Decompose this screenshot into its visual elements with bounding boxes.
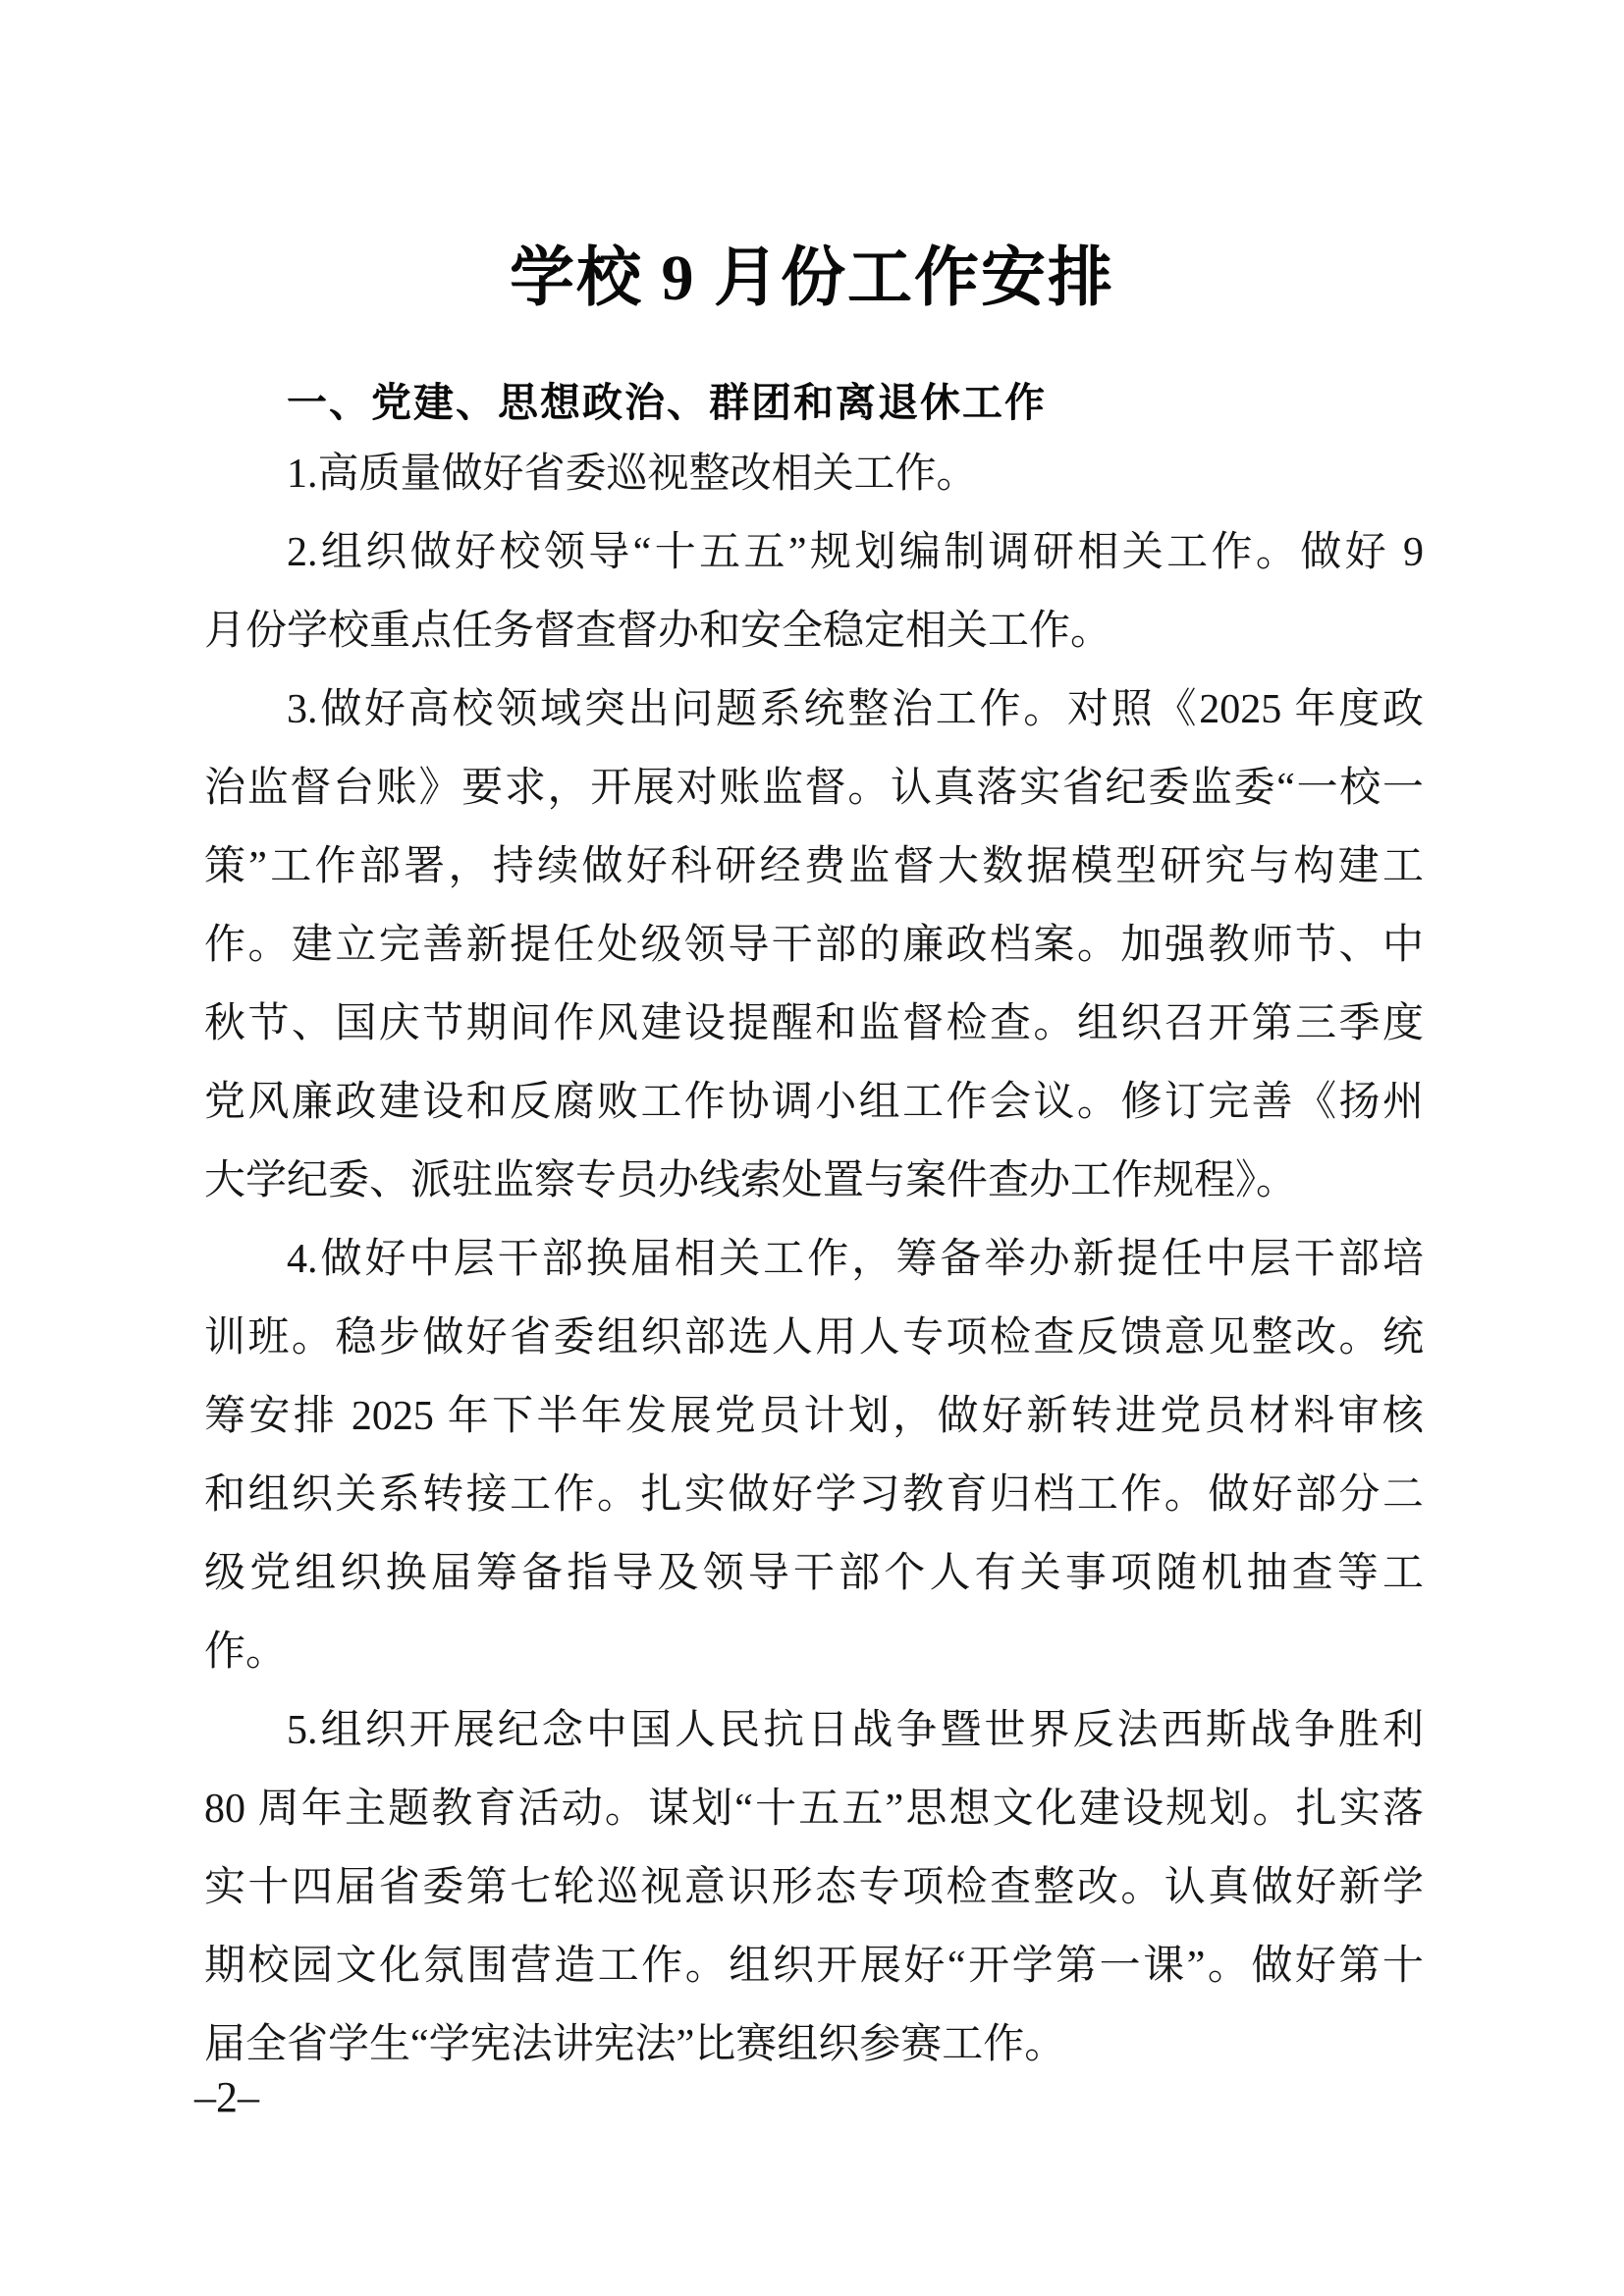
text-line: 级党组织换届筹备指导及领导干部个人有关事项随机抽查等工	[204, 1534, 1424, 1613]
text-line: 党风廉政建设和反腐败工作协调小组工作会议。修订完善《扬州	[204, 1063, 1424, 1142]
page-title: 学校 9 月份工作安排	[0, 241, 1624, 316]
text-line: 届全省学生“学宪法讲宪法”比赛组织参赛工作。	[204, 2005, 1424, 2084]
text-line: 5.组织开展纪念中国人民抗日战争暨世界反法西斯战争胜利	[204, 1691, 1424, 1770]
text-line: 训班。稳步做好省委组织部选人用人专项检查反馈意见整改。统	[204, 1299, 1424, 1377]
text-line: 和组织关系转接工作。扎实做好学习教育归档工作。做好部分二	[204, 1456, 1424, 1534]
text-line: 实十四届省委第七轮巡视意识形态专项检查整改。认真做好新学	[204, 1848, 1424, 1927]
text-line: 4.做好中层干部换届相关工作，筹备举办新提任中层干部培	[204, 1220, 1424, 1299]
text-line: 3.做好高校领域突出问题系统整治工作。对照《2025 年度政	[204, 670, 1424, 749]
text-line: 大学纪委、派驻监察专员办线索处置与案件查办工作规程》。	[204, 1142, 1424, 1220]
text-line: 作。	[204, 1613, 1424, 1691]
text-line: 治监督台账》要求，开展对账监督。认真落实省纪委监委“一校一	[204, 749, 1424, 828]
page-number: –2–	[194, 2073, 259, 2122]
text-line: 筹安排 2025 年下半年发展党员计划，做好新转进党员材料审核	[204, 1377, 1424, 1456]
text-line: 1.高质量做好省委巡视整改相关工作。	[204, 435, 1424, 513]
text-line: 2.组织做好校领导“十五五”规划编制调研相关工作。做好 9	[204, 513, 1424, 592]
text-line: 月份学校重点任务督查督办和安全稳定相关工作。	[204, 592, 1424, 670]
text-line: 秋节、国庆节期间作风建设提醒和监督检查。组织召开第三季度	[204, 985, 1424, 1063]
document-body: 1.高质量做好省委巡视整改相关工作。2.组织做好校领导“十五五”规划编制调研相关…	[204, 435, 1424, 2084]
text-line: 作。建立完善新提任处级领导干部的廉政档案。加强教师节、中	[204, 906, 1424, 985]
text-line: 策”工作部署，持续做好科研经费监督大数据模型研究与构建工	[204, 828, 1424, 906]
section-heading: 一、党建、思想政治、群团和离退休工作	[287, 381, 1047, 425]
document-page: 学校 9 月份工作安排 一、党建、思想政治、群团和离退休工作 1.高质量做好省委…	[0, 0, 1624, 2296]
text-line: 期校园文化氛围营造工作。组织开展好“开学第一课”。做好第十	[204, 1927, 1424, 2005]
text-line: 80 周年主题教育活动。谋划“十五五”思想文化建设规划。扎实落	[204, 1770, 1424, 1848]
